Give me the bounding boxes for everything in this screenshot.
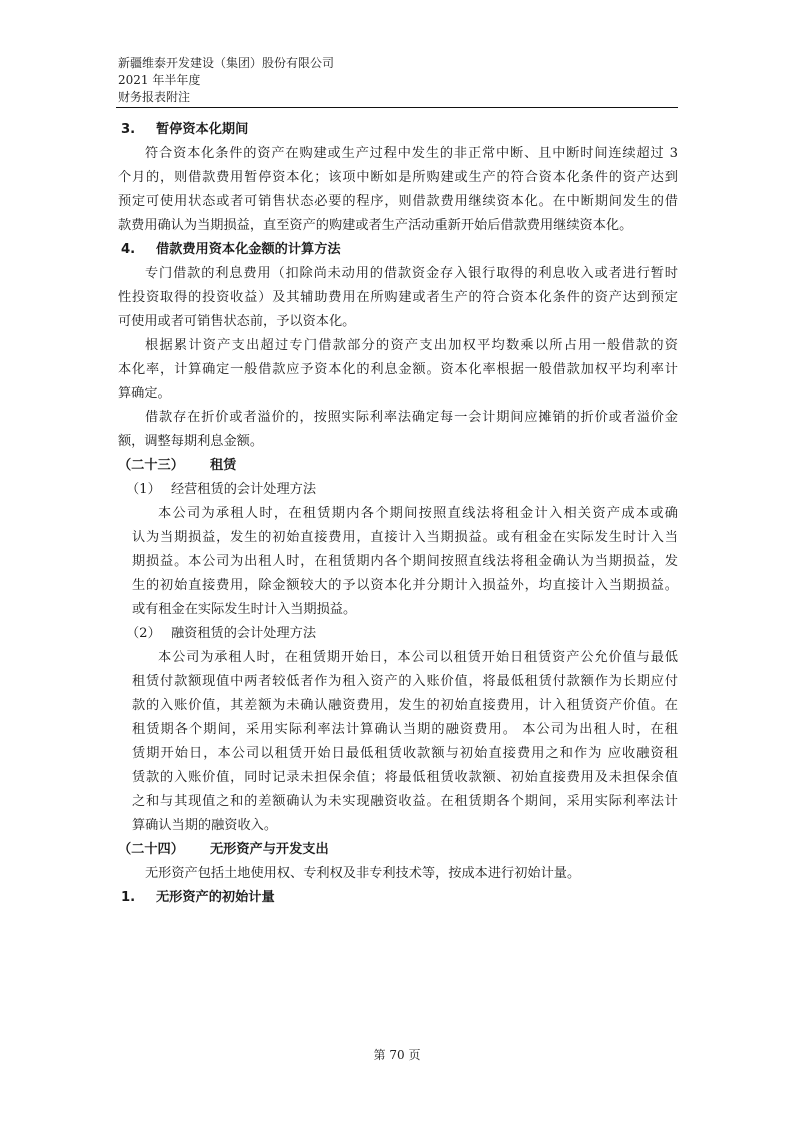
heading-title: 暂停资本化期间 xyxy=(156,122,248,137)
heading-title: 无形资产的初始计量 xyxy=(156,890,275,905)
subsection-heading-24-1: 1.无形资产的初始计量 xyxy=(118,886,678,910)
report-period: 2021 年半年度 xyxy=(118,72,334,89)
paragraph-line: 算确定。 xyxy=(118,382,678,406)
paragraph-line: 根据累计资产支出超过专门借款部分的资产支出加权平均数乘以所占用一般借款的资 xyxy=(118,334,678,358)
document-type: 财务报表附注 xyxy=(118,89,334,106)
paragraph-line: 额，调整每期利息金额。 xyxy=(118,430,678,454)
paragraph-line: 无形资产包括土地使用权、专利权及非专利技术等，按成本进行初始计量。 xyxy=(118,862,678,886)
paragraph-line: 租赁期各个期间，采用实际利率法计算确认当期的融资费用。 本公司为出租人时，在租 xyxy=(118,718,678,742)
paragraph-line: 或有租金在实际发生时计入当期损益。 xyxy=(118,598,678,622)
paragraph-line: 款费用确认为当期损益，直至资产的购建或者生产活动重新开始后借款费用继续资本化。 xyxy=(118,214,678,238)
subheading-title: 融资租赁的会计处理方法 xyxy=(171,626,316,641)
section-heading-24: （二十四）无形资产与开发支出 xyxy=(118,838,678,862)
paragraph-line: 之和与其现值之和的差额确认为未实现融资收益。在租赁期各个期间，采用实际利率法计 xyxy=(118,790,678,814)
paragraph-line: 本公司为承租人时，在租赁期开始日，本公司以租赁开始日租赁资产公允价值与最低 xyxy=(118,646,678,670)
paragraph-line: 预定可使用状态或者可销售状态必要的程序，则借款费用继续资本化。在中断期间发生的借 xyxy=(118,190,678,214)
section-heading-23: （二十三）租赁 xyxy=(118,454,678,478)
subsection-heading-2: （2）融资租赁的会计处理方法 xyxy=(118,622,678,646)
paragraph-line: 本化率，计算确定一般借款应予资本化的利息金额。资本化率根据一般借款加权平均利率计 xyxy=(118,358,678,382)
heading-title: 无形资产与开发支出 xyxy=(210,842,329,857)
paragraph-line: 赁期开始日，本公司以租赁开始日最低租赁收款额与初始直接费用之和作为 应收融资租 xyxy=(118,742,678,766)
paragraph-line: 算确认当期的融资收入。 xyxy=(118,814,678,838)
paragraph-line: 期损益。本公司为出租人时，在租赁期内各个期间按照直线法将租金确认为当期损益，发 xyxy=(118,550,678,574)
subsection-heading-1: （1）经营租赁的会计处理方法 xyxy=(118,478,678,502)
paragraph-line: 认为当期损益，发生的初始直接费用，直接计入当期损益。或有租金在实际发生时计入当 xyxy=(118,526,678,550)
subheading-number: （2） xyxy=(126,622,171,646)
paragraph-line: 专门借款的利息费用（扣除尚未动用的借款资金存入银行取得的利息收入或者进行暂时 xyxy=(118,262,678,286)
heading-title: 租赁 xyxy=(210,458,236,473)
section-heading-3: 3.暂停资本化期间 xyxy=(118,118,678,142)
paragraph-line: 本公司为承租人时，在租赁期内各个期间按照直线法将租金计入相关资产成本或确 xyxy=(118,502,678,526)
paragraph-line: 符合资本化条件的资产在购建或生产过程中发生的非正常中断、且中断时间连续超过 3 xyxy=(118,142,678,166)
heading-number: （二十三） xyxy=(118,454,210,478)
paragraph-line: 个月的，则借款费用暂停资本化；该项中断如是所购建或生产的符合资本化条件的资产达到 xyxy=(118,166,678,190)
subheading-number: （1） xyxy=(126,478,171,502)
heading-number: 4. xyxy=(121,238,156,262)
section-heading-4: 4.借款费用资本化金额的计算方法 xyxy=(118,238,678,262)
paragraph-line: 赁款的入账价值，同时记录未担保余值；将最低租赁收款额、初始直接费用及未担保余值 xyxy=(118,766,678,790)
paragraph-line: 借款存在折价或者溢价的，按照实际利率法确定每一会计期间应摊销的折价或者溢价金 xyxy=(118,406,678,430)
heading-title: 借款费用资本化金额的计算方法 xyxy=(156,242,341,257)
header-divider xyxy=(116,107,678,108)
paragraph-line: 可使用或者可销售状态前，予以资本化。 xyxy=(118,310,678,334)
heading-number: 1. xyxy=(121,886,156,910)
paragraph-line: 租赁付款额现值中两者较低者作为租入资产的入账价值，将最低租赁付款额作为长期应付 xyxy=(118,670,678,694)
heading-number: 3. xyxy=(121,118,156,142)
paragraph-line: 性投资取得的投资收益）及其辅助费用在所购建或者生产的符合资本化条件的资产达到预定 xyxy=(118,286,678,310)
paragraph-line: 生的初始直接费用，除金额较大的予以资本化并分期计入损益外，均直接计入当期损益。 xyxy=(118,574,678,598)
subheading-title: 经营租赁的会计处理方法 xyxy=(171,482,316,497)
company-name: 新疆维泰开发建设（集团）股份有限公司 xyxy=(118,55,334,72)
page-number: 第 70 页 xyxy=(0,1046,794,1063)
page-header: 新疆维泰开发建设（集团）股份有限公司 2021 年半年度 财务报表附注 xyxy=(118,55,334,106)
document-body: 3.暂停资本化期间 符合资本化条件的资产在购建或生产过程中发生的非正常中断、且中… xyxy=(118,118,678,910)
heading-number: （二十四） xyxy=(118,838,210,862)
paragraph-line: 款的入账价值，其差额为未确认融资费用，发生的初始直接费用，计入租赁资产价值。在 xyxy=(118,694,678,718)
